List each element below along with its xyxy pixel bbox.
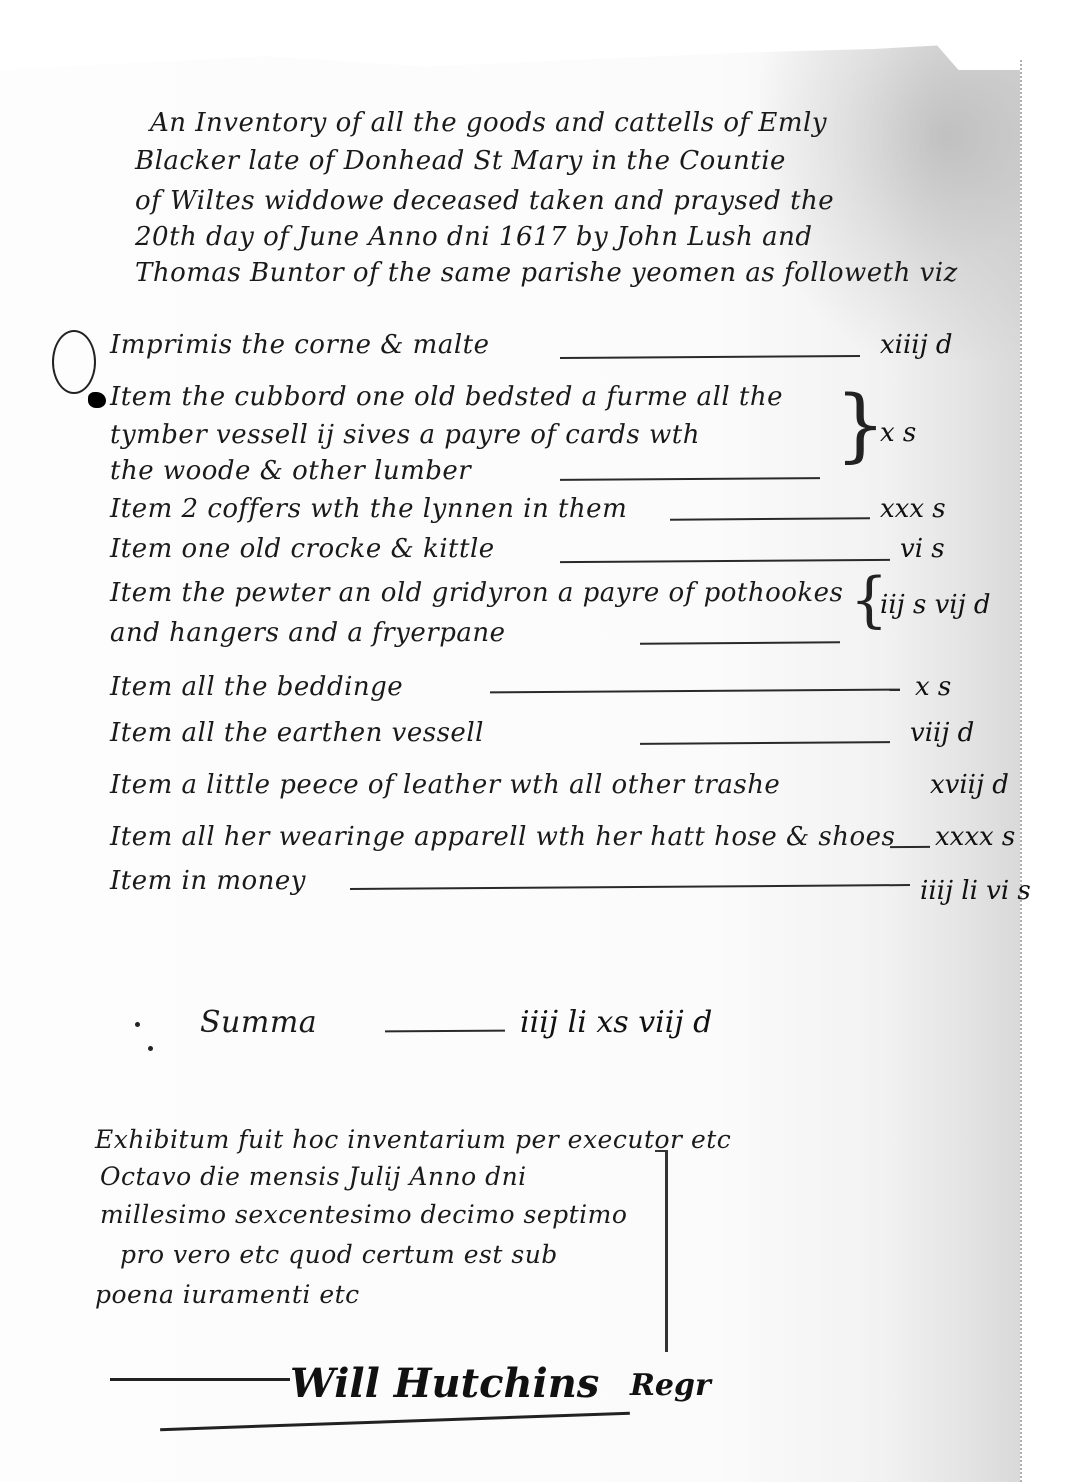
- entry-text: Imprimis the corne & malte: [110, 330, 490, 360]
- entry-text: Item the cubbord one old bedsted a furme…: [110, 382, 783, 412]
- ink-dot: [135, 1022, 140, 1027]
- heading-line-2: Blacker late of Donhead St Mary in the C…: [135, 146, 786, 176]
- brace-symbol: }: [835, 385, 886, 465]
- entry-value: xviij d: [930, 770, 1009, 800]
- entry-text: tymber vessell ij sives a payre of cards…: [110, 420, 700, 450]
- clause-line-2: Octavo die mensis Julij Anno dni: [100, 1162, 527, 1191]
- entry-text: Item in money: [110, 866, 306, 896]
- entry-value: x s: [915, 672, 951, 702]
- entry-text: Item all the earthen vessell: [110, 718, 484, 748]
- entry-value: viij d: [910, 718, 974, 748]
- entry-value: vi s: [900, 534, 945, 564]
- entry-value: xxx s: [880, 494, 946, 524]
- entry-text: the woode & other lumber: [110, 456, 471, 486]
- ink-dot: [148, 1046, 153, 1051]
- clause-bracket: [655, 1150, 668, 1352]
- total-label: Summa: [200, 1005, 317, 1040]
- heading-line-3: of Wiltes widdowe deceased taken and pra…: [135, 186, 834, 216]
- registrar-signature: Will Hutchins: [290, 1360, 599, 1407]
- entry-text: Item the pewter an old gridyron a payre …: [110, 578, 843, 608]
- heading-line-4: 20th day of June Anno dni 1617 by John L…: [135, 222, 813, 252]
- entry-value: x s: [880, 418, 916, 448]
- heading-line-5: Thomas Buntor of the same parishe yeomen…: [135, 258, 958, 288]
- signature-flourish: [110, 1378, 290, 1381]
- clause-line-1: Exhibitum fuit hoc inventarium per execu…: [95, 1125, 731, 1154]
- clause-line-5: poena iuramenti etc: [95, 1280, 360, 1309]
- entry-value: xiiij d: [880, 330, 953, 360]
- total-value: iiij li xs viij d: [520, 1005, 712, 1040]
- torn-right-edge: [1020, 60, 1065, 1482]
- entry-text: Item one old crocke & kittle: [110, 534, 495, 564]
- leader-line: [890, 846, 930, 848]
- entry-text: Item a little peece of leather wth all o…: [110, 770, 780, 800]
- entry-text: and hangers and a fryerpane: [110, 618, 505, 648]
- entry-text: Item 2 coffers wth the lynnen in them: [110, 494, 627, 524]
- entry-value: xxxx s: [935, 822, 1015, 852]
- entry-value: iij s vij d: [880, 590, 991, 620]
- entry-value: iiij li vi s: [920, 876, 1031, 906]
- margin-flourish: [52, 330, 96, 394]
- registrar-title: Regr: [630, 1368, 711, 1403]
- ink-blot: [88, 392, 106, 408]
- heading-line-1: An Inventory of all the goods and cattel…: [150, 108, 827, 138]
- entry-text: Item all her wearinge apparell wth her h…: [110, 822, 895, 852]
- clause-line-4: pro vero etc quod certum est sub: [120, 1240, 558, 1269]
- clause-line-3: millesimo sexcentesimo decimo septimo: [100, 1200, 627, 1229]
- entry-text: Item all the beddinge: [110, 672, 403, 702]
